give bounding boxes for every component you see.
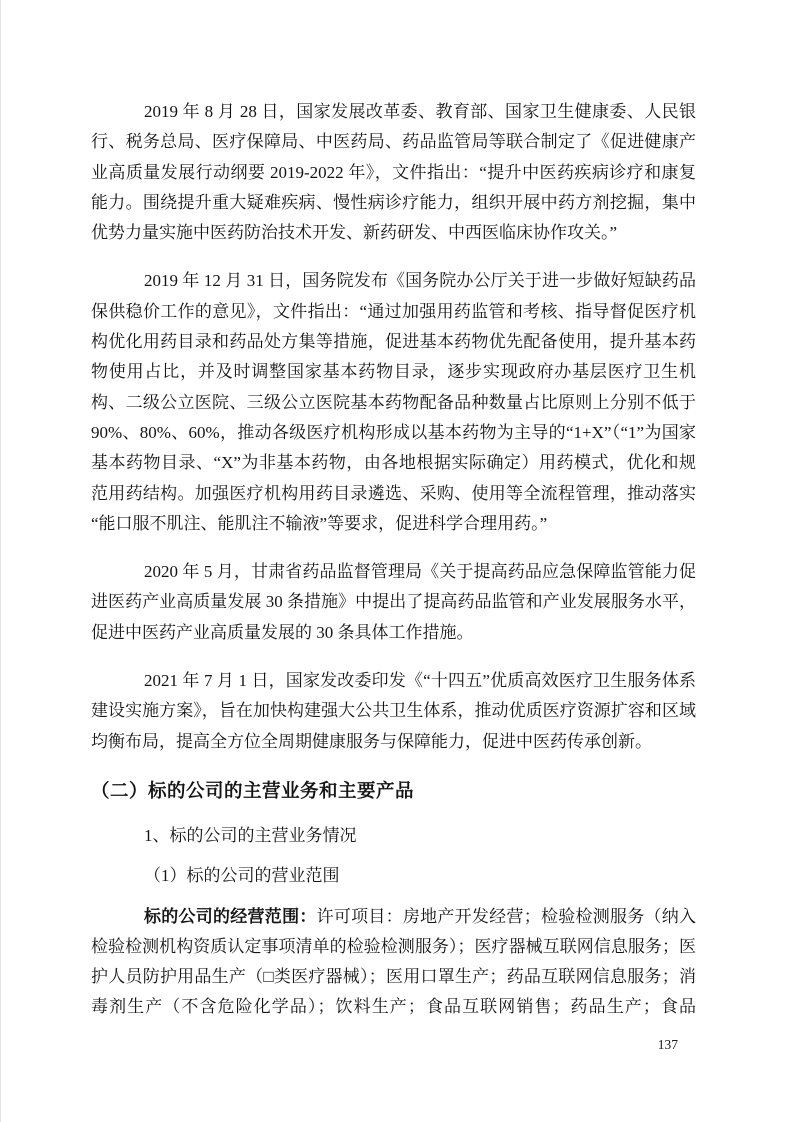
page-number: 137 bbox=[658, 1037, 678, 1053]
paragraph-policy-2020-05: 2020 年 5 月，甘肃省药品监督管理局《关于提高药品应急保障监管能力促进医药… bbox=[91, 557, 696, 648]
subsection-heading-business-overview: 1、标的公司的主营业务情况 bbox=[91, 821, 696, 851]
subsection-heading-business-scope: （1）标的公司的营业范围 bbox=[91, 861, 696, 891]
document-page: 2019 年 8 月 28 日，国家发展改革委、教育部、国家卫生健康委、人民银行… bbox=[0, 0, 793, 1122]
paragraph-policy-2019-12: 2019 年 12 月 31 日，国务院发布《国务院办公厅关于进一步做好短缺药品… bbox=[91, 266, 696, 539]
business-scope-label: 标的公司的经营范围： bbox=[144, 907, 317, 926]
paragraph-business-scope: 标的公司的经营范围：许可项目：房地产开发经营；检验检测服务（纳入检验检测机构资质… bbox=[91, 902, 696, 1023]
paragraph-policy-2021-07: 2021 年 7 月 1 日，国家发改委印发《“十四五”优质高效医疗卫生服务体系… bbox=[91, 666, 696, 757]
document-body: 2019 年 8 月 28 日，国家发展改革委、教育部、国家卫生健康委、人民银行… bbox=[91, 97, 696, 1023]
paragraph-policy-2019-08: 2019 年 8 月 28 日，国家发展改革委、教育部、国家卫生健康委、人民银行… bbox=[91, 97, 696, 248]
section-heading-main-business: （二）标的公司的主营业务和主要产品 bbox=[91, 775, 696, 807]
